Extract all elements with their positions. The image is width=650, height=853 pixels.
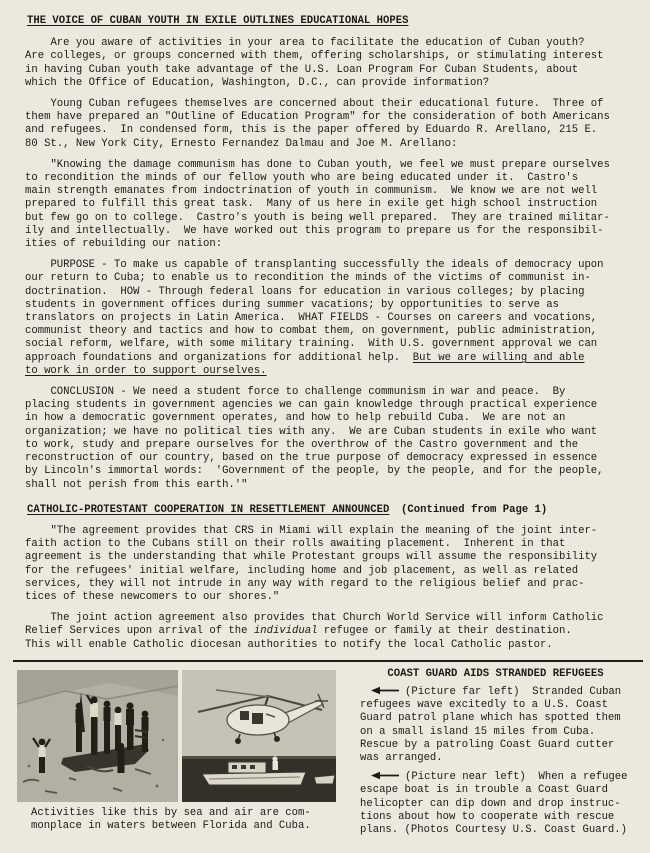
- continued-from-page-note: (Continued from Page 1): [401, 504, 547, 516]
- picture-note-far-left: (Picture far left) Stranded Cuban refuge…: [360, 686, 631, 765]
- article-education-body: Are you aware of activities in your area…: [25, 37, 631, 492]
- photo-block: Activities like this by sea and air are …: [17, 670, 347, 837]
- paragraph: "The agreement provides that CRS in Miam…: [25, 525, 631, 604]
- coast-guard-column: COAST GUARD AIDS STRANDED REFUGEES (Pict…: [347, 670, 631, 837]
- newsletter-page: THE VOICE OF CUBAN YOUTH IN EXILE OUTLIN…: [0, 0, 650, 853]
- picture-note-near-left: (Picture near left) When a refugee escap…: [360, 771, 631, 837]
- article-cooperation-body: "The agreement provides that CRS in Miam…: [25, 525, 631, 652]
- paragraph: CONCLUSION - We need a student force to …: [25, 386, 631, 492]
- stranded-refugees-photo: [17, 670, 178, 802]
- picture-note-text: (Picture far left) Stranded Cuban refuge…: [360, 686, 621, 764]
- paragraph: Are you aware of activities in your area…: [25, 37, 631, 90]
- left-arrow-icon: [370, 771, 400, 780]
- paragraph: PURPOSE - To make us capable of transpla…: [25, 259, 631, 378]
- photo-caption: Activities like this by sea and air are …: [31, 807, 347, 833]
- picture-note-text: (Picture near left) When a refugee escap…: [360, 771, 628, 836]
- article-cooperation-title-text: CATHOLIC-PROTESTANT COOPERATION IN RESET…: [27, 504, 389, 516]
- paragraph: The joint action agreement also provides…: [25, 612, 631, 652]
- article-cooperation-title: CATHOLIC-PROTESTANT COOPERATION IN RESET…: [27, 504, 631, 517]
- paragraph: "Knowing the damage communism has done t…: [25, 159, 631, 251]
- article-education-title: THE VOICE OF CUBAN YOUTH IN EXILE OUTLIN…: [27, 15, 631, 28]
- coast-guard-section: Activities like this by sea and air are …: [17, 670, 631, 837]
- coast-guard-title: COAST GUARD AIDS STRANDED REFUGEES: [360, 668, 631, 681]
- helicopter-rescue-photo: [182, 670, 336, 802]
- left-arrow-icon: [370, 686, 400, 695]
- photo-row: [17, 670, 347, 802]
- section-divider: [13, 660, 643, 662]
- paragraph: Young Cuban refugees themselves are conc…: [25, 98, 631, 151]
